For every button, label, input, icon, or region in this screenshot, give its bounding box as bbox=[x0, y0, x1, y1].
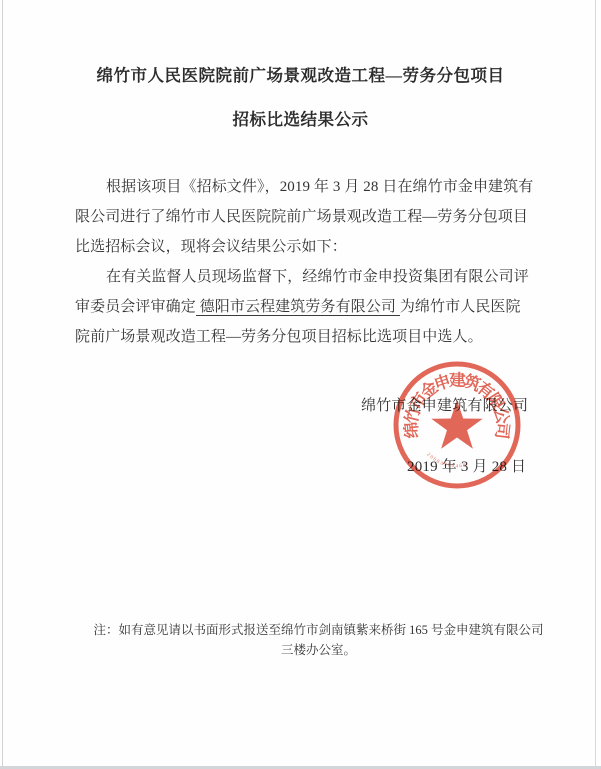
body-paragraphs: 根据该项目《招标文件》，2019 年 3 月 28 日在绵竹市金申建筑有限公司进… bbox=[75, 172, 527, 352]
body-text: 院前广场景观改造工程—劳务分包项目招标比选项目中选人。 bbox=[75, 329, 483, 345]
footer-note-line-1: 注：如有意见请以书面形式报送至绵竹市剑南镇紫来桥街 165 号金申建筑有限公司 bbox=[36, 620, 601, 640]
document-title-line-2: 招标比选结果公示 bbox=[0, 106, 601, 130]
body-line: 院前广场景观改造工程—劳务分包项目招标比选项目中选人。 bbox=[75, 322, 527, 352]
body-line: 比选招标会议，现将会议结果公示如下： bbox=[75, 232, 527, 262]
document-title-line-1: 绵竹市人民医院院前广场景观改造工程—劳务分包项目 bbox=[0, 62, 601, 86]
body-line: 审委员会评审确定 德阳市云程建筑劳务有限公司 为绵竹市人民医院 bbox=[75, 292, 527, 322]
body-text: 根据该项目《招标文件》，2019 年 3 月 28 日在绵竹市金申建筑有 bbox=[106, 179, 533, 195]
body-text: 审委员会评审确定 bbox=[75, 299, 196, 315]
body-text: 限公司进行了绵竹市人民医院院前广场景观改造工程—劳务分包项目 bbox=[75, 209, 528, 225]
seal-serial: 20683900468 bbox=[425, 452, 467, 469]
winner-company-underlined: 德阳市云程建筑劳务有限公司 bbox=[196, 299, 400, 316]
body-line: 在有关监督人员现场监督下，经绵竹市金申投资集团有限公司评 bbox=[75, 262, 527, 292]
scanned-document-page: 绵竹市人民医院院前广场景观改造工程—劳务分包项目 招标比选结果公示 根据该项目《… bbox=[0, 0, 601, 769]
footer-note: 注：如有意见请以书面形式报送至绵竹市剑南镇紫来桥街 165 号金申建筑有限公司 … bbox=[36, 620, 601, 660]
body-line: 根据该项目《招标文件》，2019 年 3 月 28 日在绵竹市金申建筑有 bbox=[75, 172, 527, 202]
body-text: 比选招标会议，现将会议结果公示如下： bbox=[75, 239, 347, 255]
body-line: 限公司进行了绵竹市人民医院院前广场景观改造工程—劳务分包项目 bbox=[75, 202, 527, 232]
seal-star bbox=[431, 400, 482, 449]
body-text: 为绵竹市人民医院 bbox=[400, 299, 521, 315]
body-text: 在有关监督人员现场监督下，经绵竹市金申投资集团有限公司评 bbox=[106, 269, 529, 285]
company-seal: 绵竹市金申建筑有限公司 20683900468 bbox=[387, 355, 527, 495]
footer-note-line-2: 三楼办公室。 bbox=[36, 640, 601, 660]
